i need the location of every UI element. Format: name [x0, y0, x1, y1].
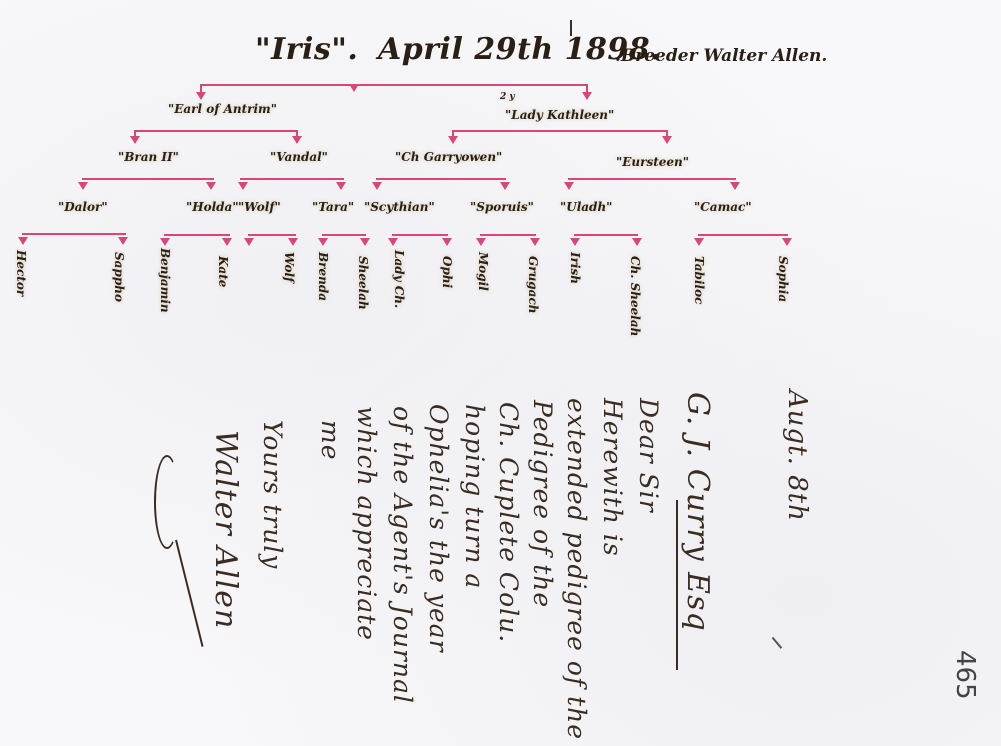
connector-level-4	[164, 234, 230, 236]
ancestor-name: Ophi	[440, 256, 454, 288]
arrow-down-icon	[782, 238, 792, 246]
sire-name: "Earl of Antrim"	[168, 102, 277, 116]
great-grandparent-name: "Wolf"	[238, 200, 281, 214]
arrow-down-icon	[318, 238, 328, 246]
arrow-down-icon	[442, 238, 452, 246]
arrow-down-icon	[582, 92, 592, 100]
arrow-down-icon	[160, 238, 170, 246]
connector-level-4	[22, 233, 126, 235]
connector-level-4	[248, 234, 296, 236]
ancestor-name: Grugach	[526, 256, 540, 314]
ancestor-name: Irish	[568, 252, 582, 284]
arrow-down-icon	[18, 237, 28, 245]
connector-level-4	[574, 234, 638, 236]
letter-line: Herewith is	[598, 398, 627, 557]
signature-flourish-stroke	[175, 540, 203, 647]
ancestor-name: Benjamin	[158, 248, 172, 313]
grandparent-name: "Vandal"	[270, 150, 328, 164]
arrow-down-icon	[388, 238, 398, 246]
arrow-down-icon	[730, 182, 740, 190]
ancestor-name: Sheelah	[356, 256, 370, 310]
great-grandparent-name: "Tara"	[312, 200, 354, 214]
ancestor-name: Kate	[216, 256, 230, 287]
letter-line: which appreciate	[352, 406, 381, 641]
page-number: 465	[950, 650, 980, 700]
ancestor-name: Hector	[14, 250, 28, 296]
letter-date: Augt. 8th	[782, 390, 812, 522]
breeder-name: .Breeder Walter Allen.	[615, 46, 827, 66]
great-grandparent-name: "Scythian"	[364, 200, 435, 214]
ink-mark	[772, 637, 782, 649]
connector-level-1	[200, 84, 588, 86]
connector-level-2	[452, 130, 668, 132]
arrow-down-icon	[500, 182, 510, 190]
letter-line: Pedigree of the	[528, 400, 557, 608]
letter-line: Ophelia's the year	[424, 404, 453, 653]
letter-closing: Yours truly	[258, 420, 287, 569]
arrow-down-icon	[448, 136, 458, 144]
arrow-down-icon	[288, 238, 298, 246]
arrow-down-icon	[360, 238, 370, 246]
grandparent-name: "Bran II"	[118, 150, 179, 164]
great-grandparent-name: "Sporuis"	[470, 200, 534, 214]
ancestor-name: Mogil	[476, 252, 490, 291]
scanned-document-page: "Iris". April 29th 1898. .Breeder Walter…	[0, 0, 1001, 746]
arrow-down-icon	[78, 182, 88, 190]
arrow-down-icon	[238, 182, 248, 190]
letter-recipient: G. J. Curry Esq	[680, 392, 715, 632]
grandparent-name: "Ch Garryowen"	[395, 150, 502, 164]
connector-level-4	[392, 234, 448, 236]
letter-greeting: Dear Sir	[634, 398, 663, 513]
ancestor-name: Tabiloc	[692, 256, 706, 304]
ink-mark	[570, 20, 572, 36]
underline	[676, 500, 678, 670]
arrow-down-icon	[206, 182, 216, 190]
arrow-down-icon	[476, 238, 486, 246]
connector-level-3	[376, 178, 506, 180]
arrow-down-icon	[662, 136, 672, 144]
great-grandparent-name: "Uladh"	[560, 200, 612, 214]
connector-level-2	[134, 130, 298, 132]
letter-line: hoping turn a	[460, 404, 489, 589]
connector-level-4	[322, 234, 366, 236]
arrow-down-icon	[349, 84, 359, 92]
great-grandparent-name: "Holda"	[186, 200, 239, 214]
arrow-down-icon	[222, 238, 232, 246]
arrow-down-icon	[632, 238, 642, 246]
arrow-down-icon	[564, 182, 574, 190]
arrow-down-icon	[130, 136, 140, 144]
arrow-down-icon	[694, 238, 704, 246]
grandparent-name: "Eursteen"	[616, 155, 689, 169]
arrow-down-icon	[118, 237, 128, 245]
ancestor-name: Brenda	[316, 252, 330, 301]
signature-flourish	[154, 455, 180, 549]
connector-level-3	[82, 178, 214, 180]
ancestor-name: Wolf	[282, 252, 296, 282]
horse-name: "Iris".	[255, 32, 358, 67]
great-grandparent-name: "Dalor"	[58, 200, 108, 214]
connector-level-4	[480, 234, 536, 236]
connector-level-3	[240, 178, 344, 180]
letter-line: of the Agent's Journal	[388, 406, 417, 704]
great-grandparent-name: "Camac"	[694, 200, 752, 214]
ancestor-name: Lady Ch.	[392, 250, 406, 308]
connector-level-4	[698, 234, 788, 236]
ancestor-name: Sappho	[112, 252, 126, 302]
arrow-down-icon	[372, 182, 382, 190]
arrow-down-icon	[530, 238, 540, 246]
letter-line: me	[316, 420, 345, 461]
arrow-down-icon	[196, 92, 206, 100]
ancestor-name: Sophia	[776, 256, 790, 302]
dam-mark: 2 y	[500, 92, 515, 102]
letter-line: Ch. Cuplete Colu.	[494, 402, 523, 643]
arrow-down-icon	[570, 238, 580, 246]
ancestor-name: Ch. Sheelah	[628, 256, 642, 336]
arrow-down-icon	[336, 182, 346, 190]
dam-name: "Lady Kathleen"	[505, 108, 614, 122]
connector-level-3	[568, 178, 736, 180]
arrow-down-icon	[292, 136, 302, 144]
letter-line: extended pedigree of the	[562, 398, 591, 740]
letter-signature: Walter Allen	[208, 430, 243, 629]
arrow-down-icon	[244, 238, 254, 246]
